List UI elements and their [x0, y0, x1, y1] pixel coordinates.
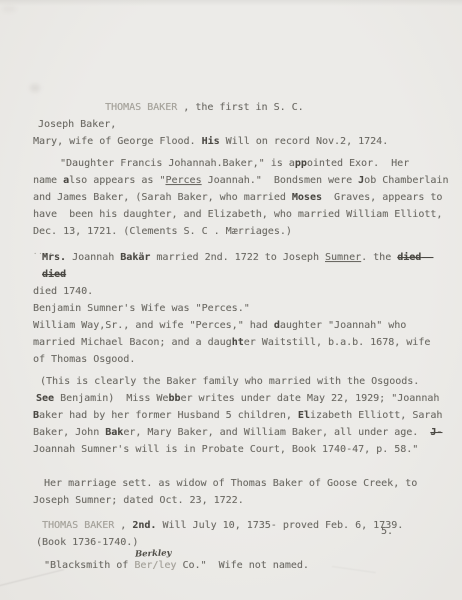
text-segment: 2nd. [132, 520, 156, 531]
text-segment: Moses [292, 192, 322, 203]
text-segment: izabeth Elliott, Sarah [310, 410, 442, 421]
text-segment: and James Baker, (Sarah Baker, who marri… [33, 192, 292, 203]
typewritten-line: died 1740. [33, 283, 457, 300]
text-segment: "Blacksmith of [44, 560, 134, 571]
typewritten-line: William Way,Sr., and wife "Perces," had … [33, 317, 457, 334]
page-number: 5. [381, 526, 393, 537]
typewritten-line: Baker had by her former Husband 5 childr… [33, 407, 457, 424]
text-segment: died 1740. [33, 286, 93, 297]
paper-smudge [2, 6, 16, 12]
typewritten-line: Her marriage sett. as widow of Thomas Ba… [33, 475, 457, 492]
scanned-paper-page: .... THOMAS BAKER , the first in S. C.Jo… [0, 0, 462, 600]
text-segment: er writes under date May 22, 1929; "Joan… [181, 393, 440, 404]
text-segment: aker had by her former Husband 5 childre… [39, 410, 298, 421]
text-segment: See [36, 393, 54, 404]
text-segment: Joseph Sumner; dated Oct. 23, 1722. [33, 495, 244, 506]
text-segment: Sumner [325, 252, 361, 263]
text-segment: Joseph Baker, [38, 119, 116, 130]
text-segment: Will on record Nov.2, 1724. [220, 136, 389, 147]
text-segment: ob Chamberlain [364, 175, 448, 186]
text-segment: Bakär [120, 252, 150, 263]
typewritten-line: See Benjamin) Miss Webber writes under d… [33, 390, 457, 407]
text-segment: Co." Wife not named. [176, 560, 308, 571]
text-segment: name [33, 175, 63, 186]
text-segment: have been his daughter, and Elizabeth, w… [33, 209, 442, 220]
typewritten-line: Dec. 13, 1721. (Clements S. C . Mærriage… [33, 223, 457, 240]
text-segment: er, Mary Baker, and William Baker, all u… [123, 427, 430, 438]
text-segment: THOMAS BAKER [105, 102, 183, 113]
text-segment: Perces [165, 175, 201, 186]
typewritten-line: name also appears as "Perces Joannah." B… [33, 172, 457, 189]
text-segment: . the [361, 252, 397, 263]
text-segment: Joannah [66, 252, 120, 263]
typewritten-line: Joseph Baker, [33, 116, 457, 133]
text-segment: of Thomas Osgood. [33, 354, 135, 365]
typewritten-line: THOMAS BAKER , 2nd. Will July 10, 1735- … [33, 517, 457, 534]
text-segment: ointed Exor. Her [307, 158, 409, 169]
text-segment: Joannah." Bondsmen were [202, 175, 359, 186]
typewritten-line: "Blacksmith of Ber/leyBerkley Co." Wife … [33, 557, 457, 574]
typewritten-line: of Thomas Osgood. [33, 351, 457, 368]
text-segment: Joannah Sumner's will is in Probate Cour… [33, 444, 418, 455]
typewritten-line: (Book 1736-1740.) [33, 534, 457, 551]
text-segment: Dec. 13, 1721. (Clements S. C . Mærriage… [33, 226, 292, 237]
text-segment: His [202, 136, 220, 147]
margin-dots-mark: .... [33, 244, 54, 261]
text-segment: J- [430, 427, 442, 438]
text-segment: (Book 1736-1740.) [36, 537, 138, 548]
typewritten-line: Joseph Sumner; dated Oct. 23, 1722. [33, 492, 457, 509]
handwritten-annotation: Berkley [135, 549, 172, 559]
text-segment: Benjamin) Miss We [54, 393, 168, 404]
text-segment: aughter "Joannah" who [280, 320, 406, 331]
text-segment: er Waitstill, b.a.b. 1678, wife [244, 337, 431, 348]
text-segment: Graves, appears to [322, 192, 442, 203]
typewritten-line: Baker, John Baker, Mary Baker, and Willi… [33, 424, 457, 441]
text-segment: pp [295, 158, 307, 169]
text-segment: Bak [105, 427, 123, 438]
text-segment: El [298, 410, 310, 421]
text-segment: married Michael Bacon; and a daug [33, 337, 232, 348]
text-segment: (This is clearly the Baker family who ma… [40, 376, 419, 387]
text-segment: , the first in S. C. [183, 102, 303, 113]
typewritten-line: have been his daughter, and Elizabeth, w… [33, 206, 457, 223]
typewritten-line: THOMAS BAKER , the first in S. C. [33, 99, 457, 116]
text-segment: bb [168, 393, 180, 404]
text-segment: Mary, wife of George Flood. [33, 136, 202, 147]
text-segment: Ber/leyBerkley [134, 560, 176, 571]
text-segment: lso appears as " [69, 175, 165, 186]
typewritten-line: Mrs. Joannah Bakär married 2nd. 1722 to … [33, 249, 457, 283]
text-segment: married 2nd. 1722 to Joseph [150, 252, 325, 263]
typewritten-line: "Daughter Francis Johannah.Baker," is ap… [33, 155, 457, 172]
text-segment: , [120, 520, 132, 531]
typewritten-line: Joannah Sumner's will is in Probate Cour… [33, 441, 457, 458]
text-segment: William Way,Sr., and wife "Perces," had [33, 320, 274, 331]
typewritten-line: (This is clearly the Baker family who ma… [33, 373, 457, 390]
text-segment: Baker, John [33, 427, 105, 438]
text-segment: ht [232, 337, 244, 348]
text-segment: Benjamin Sumner's Wife was "Perces." [33, 303, 250, 314]
typewritten-line: and James Baker, (Sarah Baker, who marri… [33, 189, 457, 206]
typewritten-line: married Michael Bacon; and a daughter Wa… [33, 334, 457, 351]
text-segment: THOMAS BAKER [42, 520, 120, 531]
text-segment: Her marriage sett. as widow of Thomas Ba… [44, 478, 417, 489]
typewritten-text-block: .... THOMAS BAKER , the first in S. C.Jo… [33, 31, 457, 574]
text-segment: Will July 10, 1735- proved Feb. 6, 1739. [156, 520, 403, 531]
text-segment: "Daughter Francis Johannah.Baker," is a [60, 158, 295, 169]
typewritten-line: Benjamin Sumner's Wife was "Perces." [33, 300, 457, 317]
typewritten-line: Mary, wife of George Flood. His Will on … [33, 133, 457, 150]
